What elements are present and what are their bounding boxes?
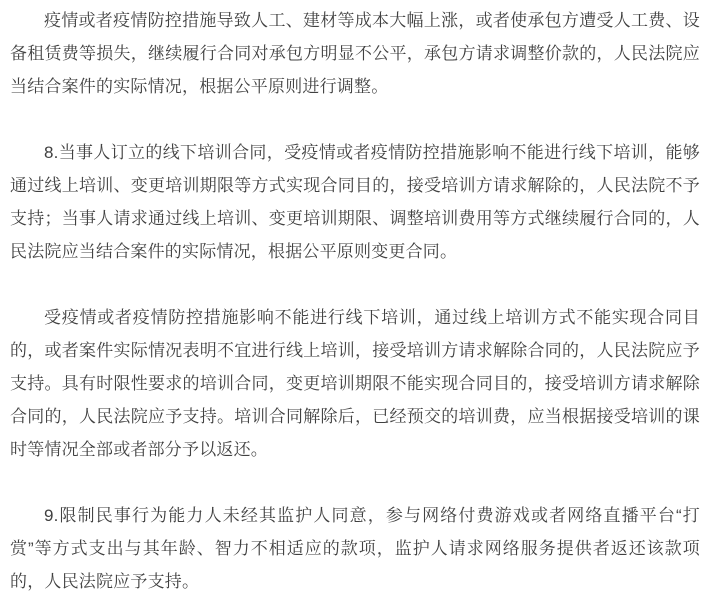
document-body: 疫情或者疫情防控措施导致人工、建材等成本大幅上涨，或者使承包方遭受人工费、设备租… (0, 0, 710, 609)
paragraph-item-8-offline-training-contract: 8.当事人订立的线下培训合同，受疫情或者疫情防控措施影响不能进行线下培训，能够通… (10, 136, 700, 268)
paragraph-training-contract-rescission: 受疫情或者疫情防控措施影响不能进行线下培训，通过线上培训方式不能实现合同目的，或… (10, 301, 700, 466)
paragraph-item-9-minor-online-payment: 9.限制民事行为能力人未经其监护人同意，参与网络付费游戏或者网络直播平台“打赏”… (10, 499, 700, 598)
paragraph-price-adjustment: 疫情或者疫情防控措施导致人工、建材等成本大幅上涨，或者使承包方遭受人工费、设备租… (10, 4, 700, 103)
